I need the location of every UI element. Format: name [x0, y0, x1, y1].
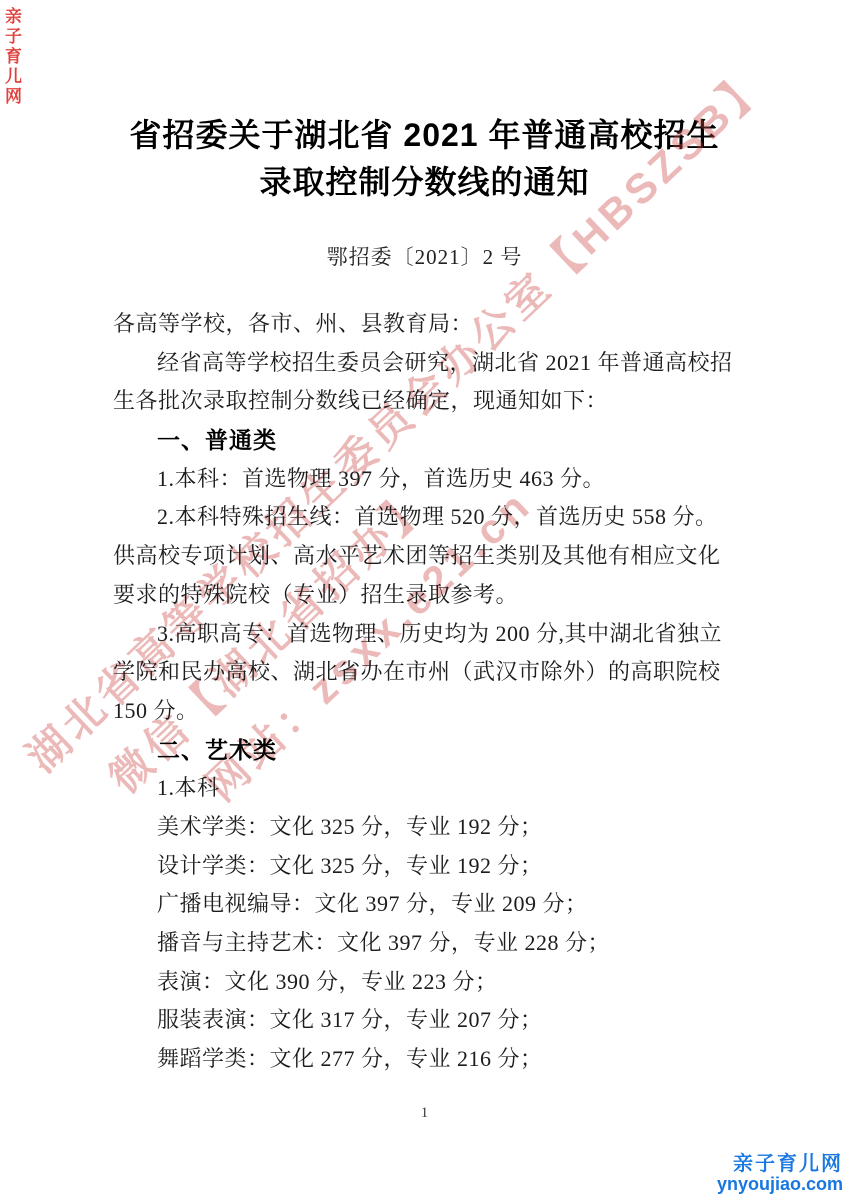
body-line-meishu: 美术学类：文化 325 分，专业 192 分；: [113, 808, 743, 847]
document-title-line2: 录取控制分数线的通知: [0, 159, 849, 206]
body-line-sheji: 设计学类：文化 325 分，专业 192 分；: [113, 847, 743, 886]
document-body: 各高等学校，各市、州、县教育局： 经省高等学校招生委员会研究，湖北省 2021 …: [113, 305, 743, 1079]
body-line-special1: 2.本科特殊招生线：首选物理 520 分，首选历史 558 分。: [113, 498, 743, 537]
body-line-fuzhuang: 服装表演：文化 317 分，专业 207 分；: [113, 1001, 743, 1040]
body-line-boyin: 播音与主持艺术：文化 397 分，专业 228 分；: [113, 924, 743, 963]
body-line-salutation: 各高等学校，各市、州、县教育局：: [113, 305, 743, 344]
body-line-guangbo: 广播电视编导：文化 397 分，专业 209 分；: [113, 885, 743, 924]
site-name: 亲子育儿网: [717, 1154, 843, 1174]
body-line-special2: 供高校专项计划、高水平艺术团等招生类别及其他有相应文化: [113, 537, 743, 576]
site-branding: 亲子育儿网 ynyoujiao.com: [717, 1154, 843, 1194]
body-line-gaozhi3: 150 分。: [113, 692, 743, 731]
page-number: 1: [0, 1105, 849, 1122]
body-line-intro1: 经省高等学校招生委员会研究，湖北省 2021 年普通高校招: [113, 344, 743, 383]
notice-document-page: 亲子育儿网 省招委关于湖北省 2021 年普通高校招生 录取控制分数线的通知 鄂…: [0, 0, 849, 1200]
document-title-line1: 省招委关于湖北省 2021 年普通高校招生: [0, 112, 849, 159]
body-line-wudao: 舞蹈学类：文化 277 分，专业 216 分；: [113, 1040, 743, 1079]
section-heading-general: 一、普通类: [113, 421, 743, 460]
document-title: 省招委关于湖北省 2021 年普通高校招生 录取控制分数线的通知: [0, 112, 849, 206]
body-line-biaoyan: 表演：文化 390 分，专业 223 分；: [113, 963, 743, 1002]
document-number: 鄂招委〔2021〕2 号: [0, 241, 849, 271]
site-url: ynyoujiao.com: [717, 1174, 843, 1194]
body-line-special3: 要求的特殊院校（专业）招生录取参考。: [113, 576, 743, 615]
body-line-intro2: 生各批次录取控制分数线已经确定，现通知如下：: [113, 382, 743, 421]
section-heading-art: 二、艺术类: [113, 731, 743, 770]
site-vertical-watermark: 亲子育儿网: [3, 7, 20, 107]
body-line-benke: 1.本科：首选物理 397 分，首选历史 463 分。: [113, 460, 743, 499]
body-line-gaozhi2: 学院和民办高校、湖北省办在市州（武汉市除外）的高职院校: [113, 653, 743, 692]
body-line-gaozhi1: 3.高职高专：首选物理、历史均为 200 分,其中湖北省独立: [113, 615, 743, 654]
body-line-art-benke: 1.本科: [113, 769, 743, 808]
